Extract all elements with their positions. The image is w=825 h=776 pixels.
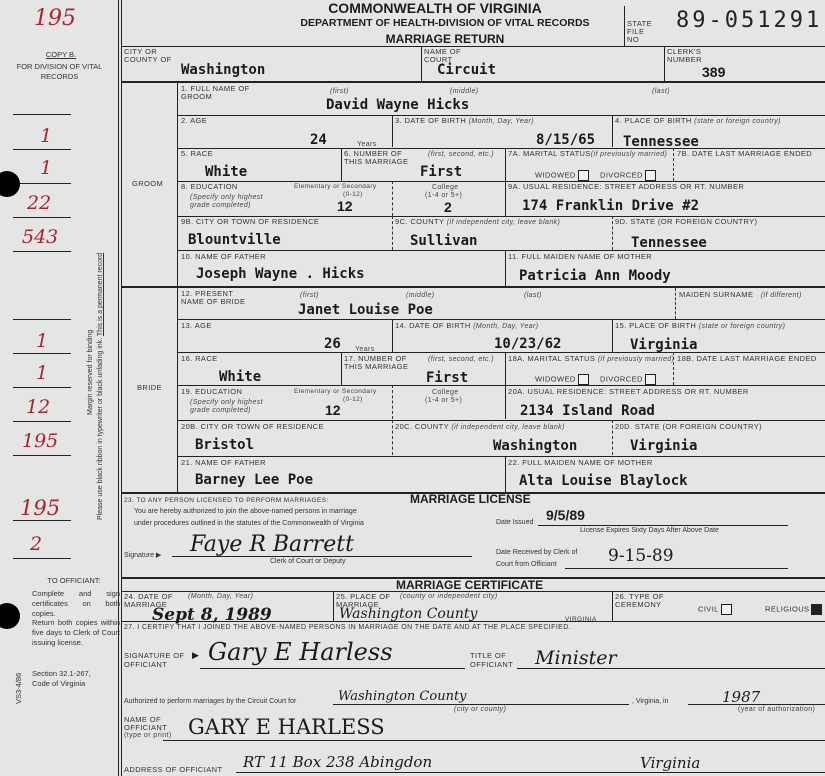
civil-option: CIVIL xyxy=(698,604,732,615)
groom-name-label: 1. FULL NAME OF GROOM xyxy=(181,85,251,101)
officiant-instruction-2: Return both copies within five days to C… xyxy=(32,618,120,648)
groom-father-value[interactable]: Joseph Wayne . Hicks xyxy=(196,266,365,282)
state-file-label: STATE FILE NO xyxy=(627,20,657,44)
last-hint: (last) xyxy=(652,88,670,96)
marriage-date-value[interactable]: Sept 8, 1989 xyxy=(152,605,272,625)
groom-age-value[interactable]: 24 xyxy=(310,132,327,148)
elementary-label: Elementary or Secondary xyxy=(294,388,377,396)
marriage-place-value[interactable]: Washington County xyxy=(339,606,477,622)
date-issued-value[interactable]: 9/5/89 xyxy=(546,507,585,523)
marriage-number-hint: (first, second, etc.) xyxy=(428,356,494,364)
date-issued-label: Date Issued xyxy=(496,519,533,526)
arrow-icon: ▶ xyxy=(156,552,161,559)
bride-marital-label: 18a. MARITAL STATUS (if previously marri… xyxy=(508,355,674,364)
header-title: COMMONWEALTH OF VIRGINIA xyxy=(270,0,600,16)
groom-widowed-checkbox[interactable] xyxy=(578,170,589,181)
bride-age-value[interactable]: 26 xyxy=(324,336,341,352)
education-hint: (Specify only highest grade completed) xyxy=(190,399,275,415)
groom-widowed-option: WIDOWED xyxy=(535,170,589,181)
last-hint: (last) xyxy=(524,292,542,300)
bride-name-label: 12. PRESENT NAME OF BRIDE xyxy=(181,290,256,306)
margin-code: 12 xyxy=(26,396,50,418)
punch-hole xyxy=(0,603,20,629)
officiant-instruction-1: Complete and sign certificates on both c… xyxy=(32,589,120,619)
bride-pob-label: 15. PLACE OF BIRTH (state or foreign cou… xyxy=(615,322,785,331)
date-hint: (Month, Day, Year) xyxy=(188,593,253,601)
bride-marriage-number-value[interactable]: First xyxy=(426,370,468,386)
license-text-2: under procedures outlined in the statute… xyxy=(134,520,364,527)
officiant-name-value[interactable]: GARY E HARLESS xyxy=(188,715,385,739)
certify-statement: 27. I CERTIFY THAT I JOINED THE ABOVE-NA… xyxy=(124,624,571,632)
margin-code: 22 xyxy=(27,192,51,214)
groom-marriage-number-value[interactable]: First xyxy=(420,164,462,180)
type-or-print-hint: (type or print) xyxy=(124,732,172,740)
county-label: CITY OR COUNTY OF xyxy=(124,48,184,64)
elementary-label: Elementary or Secondary xyxy=(294,183,377,191)
bride-marriage-number-label: 17. NUMBER OF THIS MARRIAGE xyxy=(344,355,416,371)
received-label-2: Court from Officiant xyxy=(496,561,557,568)
officiant-signature-label: SIGNATURE OF xyxy=(124,652,185,660)
bride-divorced-checkbox[interactable] xyxy=(645,374,656,385)
groom-pob-label: 4. PLACE OF BIRTH (state or foreign coun… xyxy=(615,117,781,126)
groom-age-label: 2. AGE xyxy=(181,117,207,125)
groom-residence-value[interactable]: 174 Franklin Drive #2 xyxy=(522,198,699,214)
groom-county-label: 9c. COUNTY (if independent city, leave b… xyxy=(395,218,560,227)
groom-city-label: 9b. CITY OR TOWN OF RESIDENCE xyxy=(181,218,319,226)
groom-education-label: 8. EDUCATION xyxy=(181,183,238,191)
bride-dob-label: 14. DATE OF BIRTH (Month, Day, Year) xyxy=(395,322,539,331)
signer-role: Clerk of Court or Deputy xyxy=(270,558,345,565)
signature-label: Signature ▶ xyxy=(124,551,161,559)
bride-widowed-checkbox[interactable] xyxy=(578,374,589,385)
copy-purpose: FOR DIVISION OF VITAL RECORDS xyxy=(2,62,117,82)
groom-college-value[interactable]: 2 xyxy=(444,199,452,215)
city-county-hint: (city or county) xyxy=(454,706,506,714)
groom-state-value[interactable]: Tennessee xyxy=(631,235,707,251)
maiden-surname-label: MAIDEN SURNAME (if different) xyxy=(679,291,802,300)
religious-checkbox[interactable] xyxy=(811,604,822,615)
margin-code: 195 xyxy=(22,430,58,452)
bride-county-value[interactable]: Washington xyxy=(493,438,577,454)
county-value[interactable]: Washington xyxy=(181,62,265,78)
margin-top-number: 195 xyxy=(34,6,76,31)
first-hint: (first) xyxy=(300,292,319,300)
margin-code: 543 xyxy=(22,226,58,248)
college-range: (1-4 or 5+) xyxy=(425,397,462,405)
officiant-heading: TO OFFICIANT: xyxy=(30,576,118,586)
copy-label: COPY B. xyxy=(30,50,92,60)
header-department: DEPARTMENT OF HEALTH-DIVISION OF VITAL R… xyxy=(270,17,620,29)
groom-county-value[interactable]: Sullivan xyxy=(410,233,477,249)
officiant-signature-label-2: OFFICIANT xyxy=(124,661,167,669)
groom-city-value[interactable]: Blountville xyxy=(188,232,281,248)
bride-city-label: 20b. CITY OR TOWN OF RESIDENCE xyxy=(181,423,324,431)
bride-race-value[interactable]: White xyxy=(219,369,261,385)
groom-father-label: 10. NAME OF FATHER xyxy=(181,253,266,261)
groom-name-value[interactable]: David Wayne Hicks xyxy=(326,97,469,113)
bride-name-value[interactable]: Janet Louise Poe xyxy=(298,302,433,318)
college-label: College xyxy=(432,389,459,397)
bride-last-ended-label: 18b. DATE LAST MARRIAGE ENDED xyxy=(677,355,817,363)
virginia-in-label: , Virginia, in xyxy=(632,698,668,705)
middle-hint: (middle) xyxy=(406,292,434,300)
bride-state-value[interactable]: Virginia xyxy=(630,438,697,454)
ink-note: Please use black ribbon in typewriter or… xyxy=(97,338,104,520)
bride-age-label: 13. AGE xyxy=(181,322,212,330)
officiant-name-label-2: OFFICIANT xyxy=(124,724,167,732)
groom-divorced-option: DIVORCED xyxy=(600,170,656,181)
margin-code: 2 xyxy=(30,533,42,555)
first-hint: (first) xyxy=(330,88,349,96)
groom-dob-value[interactable]: 8/15/65 xyxy=(536,132,595,148)
arrow-icon: ▶ xyxy=(192,650,199,661)
bride-divorced-option: DIVORCED xyxy=(600,374,656,385)
civil-checkbox[interactable] xyxy=(721,604,732,615)
bride-father-label: 21. NAME OF FATHER xyxy=(181,459,266,467)
college-label: College xyxy=(432,184,459,192)
clerk-signature[interactable]: Faye R Barrett xyxy=(190,532,354,557)
ceremony-type-label: 26. TYPE OF CEREMONY xyxy=(615,593,671,609)
bride-city-value[interactable]: Bristol xyxy=(195,437,254,453)
year-hint: (year of authorization) xyxy=(738,706,815,714)
certificate-heading: MARRIAGE CERTIFICATE xyxy=(396,578,543,592)
officiant-title-value[interactable]: Minister xyxy=(535,647,617,669)
groom-last-ended-label: 7b. DATE LAST MARRIAGE ENDED xyxy=(677,150,812,158)
groom-divorced-checkbox[interactable] xyxy=(645,170,656,181)
education-hint: (Specify only highest grade completed) xyxy=(190,194,275,210)
bride-pob-value[interactable]: Virginia xyxy=(630,337,697,353)
bride-mother-label: 22. FULL MAIDEN NAME OF MOTHER xyxy=(508,459,653,467)
groom-marital-label: 7a. MARITAL STATUS(if previously married… xyxy=(508,150,667,159)
place-state: VIRGINIA xyxy=(565,616,597,624)
bride-elementary-value[interactable]: 12 xyxy=(325,402,341,418)
groom-state-label: 9d. STATE (OR FOREIGN COUNTRY) xyxy=(615,218,757,226)
bride-dob-value[interactable]: 10/23/62 xyxy=(494,336,561,352)
groom-label: GROOM xyxy=(132,180,163,188)
bride-county-label: 20c. COUNTY (if independent city, leave … xyxy=(395,423,565,432)
license-text-1: You are hereby authorized to join the ab… xyxy=(134,508,357,515)
margin-code: 195 xyxy=(20,496,60,520)
religious-option: RELIGIOUS xyxy=(765,604,822,615)
groom-race-label: 5. RACE xyxy=(181,150,213,158)
section-reference: Section 32.1-267, Code of Virginia xyxy=(32,669,102,689)
date-received-value[interactable]: 9-15-89 xyxy=(608,546,674,566)
license-heading: MARRIAGE LICENSE xyxy=(410,492,531,506)
license-item-label: 23. TO ANY PERSON LICENSED TO PERFORM MA… xyxy=(124,497,329,505)
authorized-label: Authorized to perform marriages by the C… xyxy=(124,698,296,705)
clerk-number-value[interactable]: 389 xyxy=(702,64,725,80)
elementary-range: (0-12) xyxy=(343,396,363,404)
officiant-title-label-2: OFFICIANT xyxy=(470,661,513,669)
bride-widowed-option: WIDOWED xyxy=(535,374,589,385)
court-name-value[interactable]: Circuit xyxy=(437,62,496,78)
binding-note: Margin reserved for binding xyxy=(86,330,96,415)
clerk-number-label: CLERK'S NUMBER xyxy=(667,48,727,64)
margin-code: 1 xyxy=(36,362,48,384)
authorized-court-value[interactable]: Washington County xyxy=(338,689,467,704)
bride-education-label: 19. EDUCATION xyxy=(181,388,242,396)
bride-residence-value[interactable]: 2134 Island Road xyxy=(520,403,655,419)
officiant-signature[interactable]: Gary E Harless xyxy=(208,638,393,666)
bride-residence-label: 20a. USUAL RESIDENCE: STREET ADDRESS OR … xyxy=(508,388,749,396)
state-file-number: 89-051291 xyxy=(676,8,822,33)
bride-label: BRIDE xyxy=(137,384,162,392)
bride-race-label: 16. RACE xyxy=(181,355,218,363)
margin-code: 1 xyxy=(40,125,52,147)
margin-code: 1 xyxy=(36,330,48,352)
margin-code: 1 xyxy=(40,157,52,179)
groom-marriage-number-label: 6. NUMBER OF THIS MARRIAGE xyxy=(344,150,414,166)
place-hint: (county or independent city) xyxy=(400,593,498,601)
middle-hint: (middle) xyxy=(450,88,478,96)
expiry-note: License Expires Sixty Days After Above D… xyxy=(580,527,719,534)
header-form-name: MARRIAGE RETURN xyxy=(270,32,620,46)
groom-residence-label: 9a. USUAL RESIDENCE: STREET ADDRESS OR R… xyxy=(508,183,744,191)
form-code: VS3-4/86 xyxy=(14,673,24,704)
groom-mother-value[interactable]: Patricia Ann Moody xyxy=(519,268,671,284)
groom-mother-label: 11. FULL MAIDEN NAME OF MOTHER xyxy=(508,253,652,261)
bride-mother-value[interactable]: Alta Louise Blaylock xyxy=(519,473,688,489)
officiant-address-value[interactable]: RT 11 Box 238 Abingdon xyxy=(243,753,432,771)
marriage-number-hint: (first, second, etc.) xyxy=(428,151,494,159)
groom-race-value[interactable]: White xyxy=(205,164,247,180)
bride-state-label: 20d. STATE (OR FOREIGN COUNTRY) xyxy=(615,423,762,431)
bride-father-value[interactable]: Barney Lee Poe xyxy=(195,472,313,488)
officiant-address-label: ADDRESS OF OFFICIANT xyxy=(124,766,222,774)
received-label-1: Date Received by Clerk of xyxy=(496,549,577,556)
officiant-address-state[interactable]: Virginia xyxy=(640,754,700,772)
punch-hole xyxy=(0,171,20,197)
groom-dob-label: 3. DATE OF BIRTH (Month, Day, Year) xyxy=(395,117,534,126)
officiant-title-label: TITLE OF xyxy=(470,652,506,660)
permanent-note: This is a permanent record xyxy=(97,253,104,336)
groom-elementary-value[interactable]: 12 xyxy=(337,198,353,214)
